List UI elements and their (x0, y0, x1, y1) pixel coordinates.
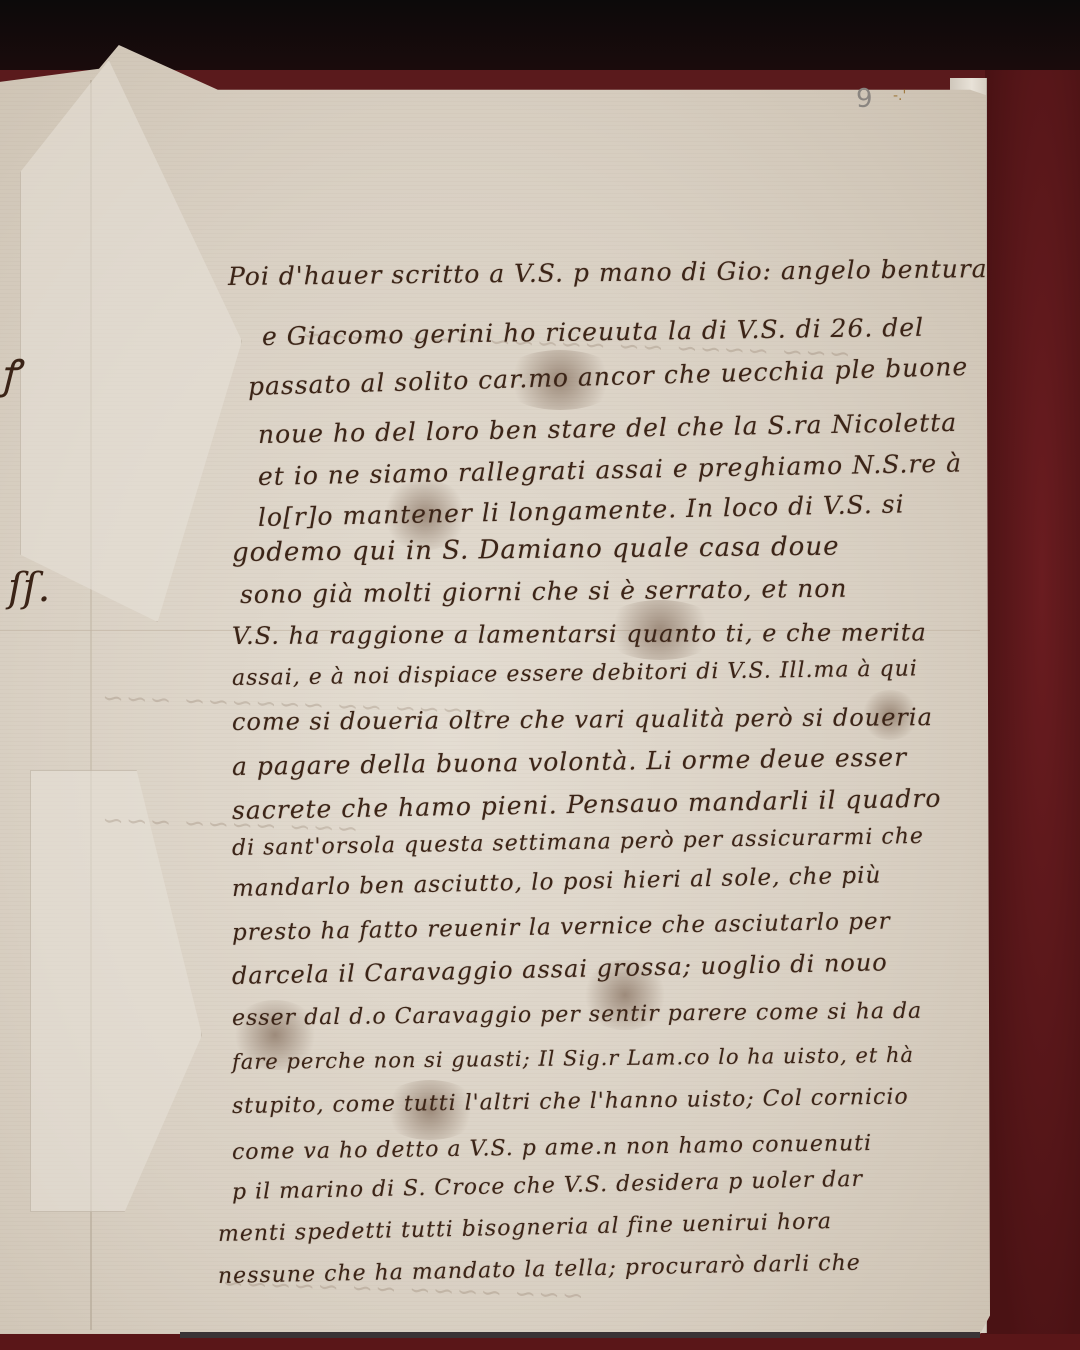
handwritten-line: stupito, come tutti l'altri che l'hanno … (232, 1085, 909, 1119)
handwritten-line: passato al solito car.mo ancor che uecch… (248, 352, 969, 401)
handwritten-line: lo[r]o mantener li longamente. In loco d… (258, 489, 905, 532)
handwritten-line: menti spedetti tutti bisogneria al fine … (218, 1209, 832, 1247)
handwritten-line: et io ne siamo rallegrati assai e preghi… (258, 448, 963, 491)
handwritten-line: sono già molti giorni che si è serrato, … (240, 574, 848, 609)
handwritten-line: presto ha fatto reuenir la vernice che a… (232, 909, 891, 946)
handwritten-line: come si doueria oltre che vari qualità p… (232, 703, 933, 736)
handwritten-line: fare perche non si guasti; Il Sig.r Lam.… (232, 1043, 914, 1074)
handwritten-line: a pagare della buona volontà. Li orme de… (232, 743, 907, 781)
handwritten-line: mandarlo ben asciutto, lo posi hieri al … (232, 862, 882, 902)
letter-body: Poi d'hauer scritto a V.S. p mano di Gio… (0, 0, 1080, 1350)
handwritten-line: come va ho detto a V.S. p ame.n non hamo… (232, 1131, 872, 1165)
handwritten-line: assai, e à noi dispiace essere debitori … (232, 656, 918, 691)
handwritten-line: Poi d'hauer scritto a V.S. p mano di Gio… (228, 254, 988, 291)
handwritten-line: godemo qui in S. Damiano quale casa doue (232, 532, 840, 568)
handwritten-line: e Giacomo gerini ho riceuuta la di V.S. … (262, 313, 924, 351)
handwritten-line: V.S. ha raggione a lamentarsi quanto ti,… (232, 618, 927, 650)
handwritten-line: sacrete che hamo pieni. Pensauo mandarli… (232, 784, 942, 825)
handwritten-line: noue ho del loro ben stare del che la S.… (258, 408, 958, 449)
handwritten-line: nessune che ha mandato la tella; procura… (218, 1251, 861, 1289)
handwritten-line: darcela il Caravaggio assai grossa; uogl… (232, 948, 888, 990)
handwritten-line: esser dal d.o Caravaggio per sentir pare… (232, 999, 922, 1031)
handwritten-line: p il marino di S. Croce che V.S. desider… (232, 1167, 864, 1205)
handwritten-line: di sant'orsola questa settimana però per… (232, 824, 924, 861)
